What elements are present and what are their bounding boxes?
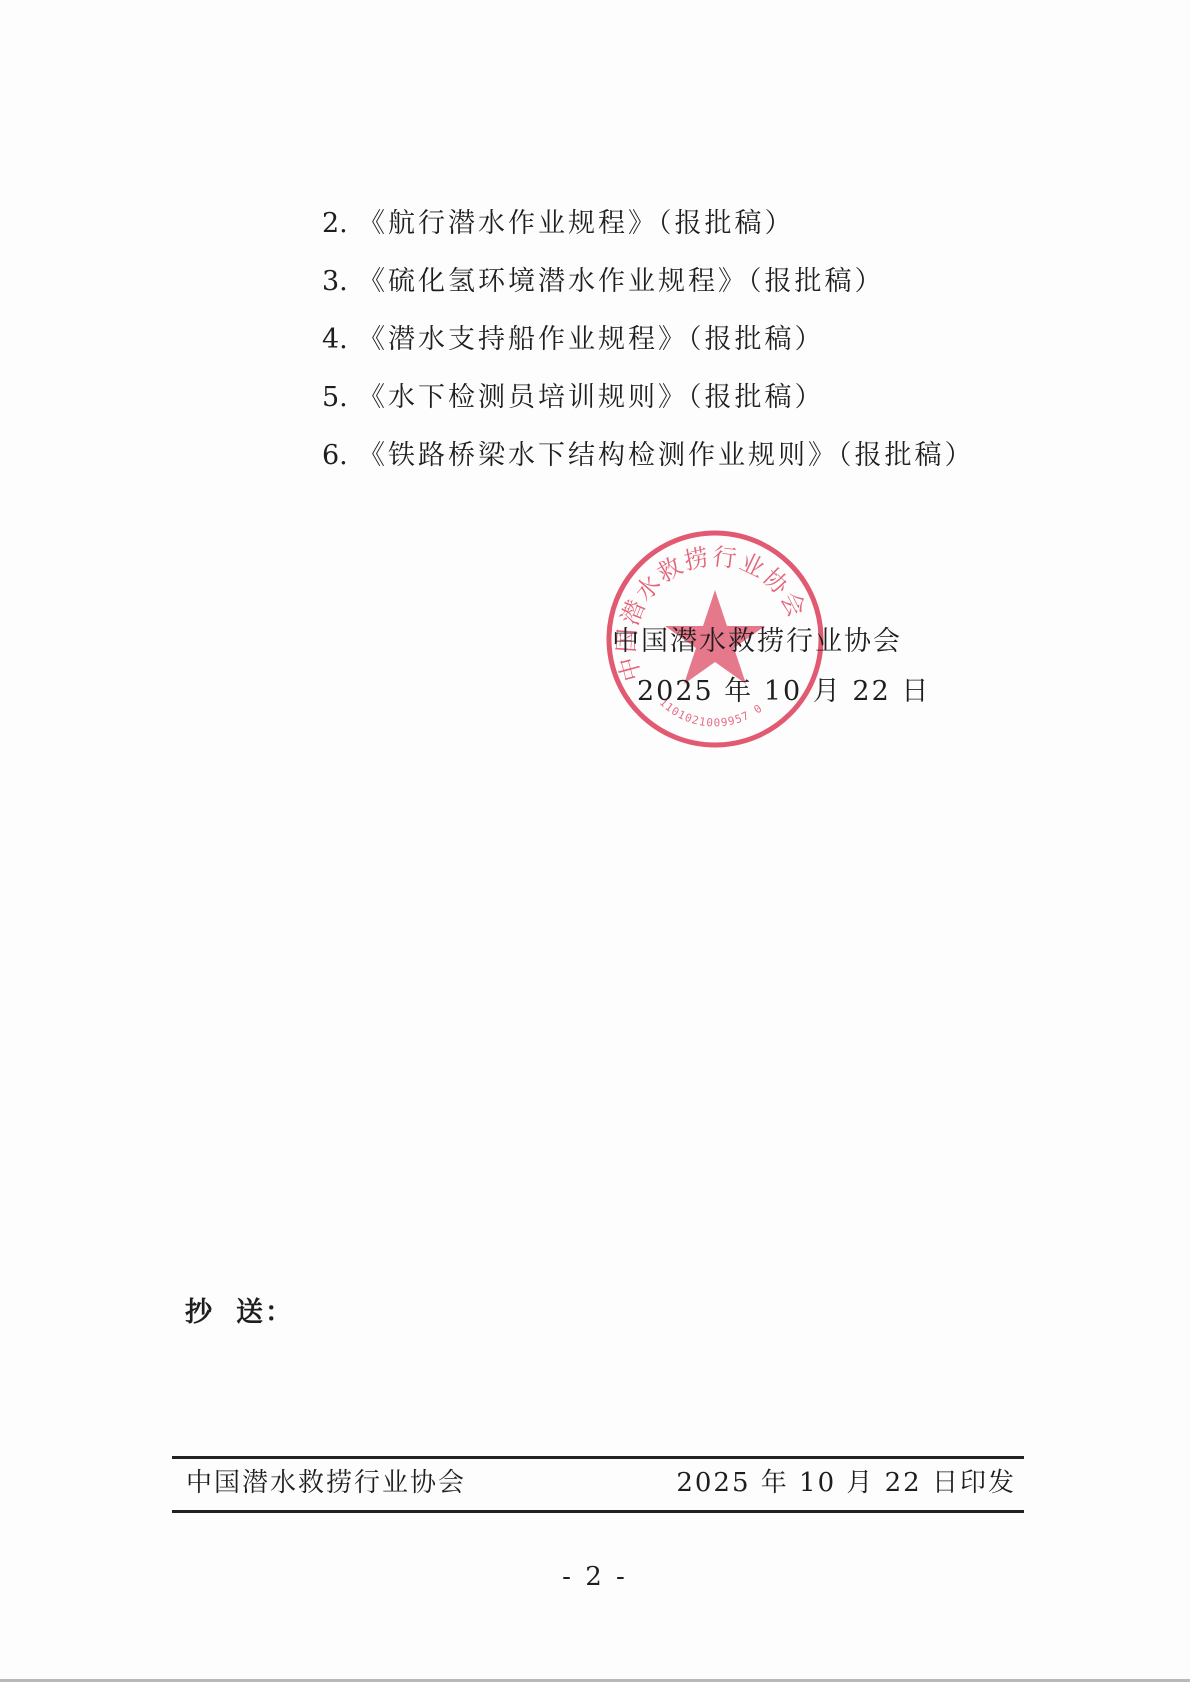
- attachment-status: （报批稿）: [688, 324, 825, 355]
- attachment-title: 《铁路桥梁水下结构检测作业规则》: [358, 440, 838, 471]
- attachment-number: 2.: [322, 205, 358, 243]
- attachment-title: 《航行潜水作业规程》: [358, 208, 658, 239]
- attachment-title: 《硫化氢环境潜水作业规程》: [358, 266, 748, 297]
- cc-label-1: 抄: [185, 1297, 214, 1328]
- attachment-status: （报批稿）: [838, 440, 975, 471]
- divider-bottom: [172, 1510, 1024, 1513]
- issue-date: 2025 年 10 月 22 日印发: [676, 1462, 1016, 1504]
- signature-organization: 中国潜水救捞行业协会: [612, 623, 930, 673]
- attachment-number: 4.: [322, 321, 358, 359]
- signature-date: 2025 年 10 月 22 日: [612, 673, 930, 711]
- attachment-number: 6.: [322, 437, 358, 475]
- issuer-organization: 中国潜水救捞行业协会: [186, 1462, 466, 1504]
- document-page: 2.《航行潜水作业规程》（报批稿） 3.《硫化氢环境潜水作业规程》（报批稿） 4…: [0, 0, 1190, 1682]
- attachment-title: 《潜水支持船作业规程》: [358, 324, 688, 355]
- attachment-item: 5.《水下检测员培训规则》（报批稿）: [322, 379, 975, 437]
- attachment-status: （报批稿）: [658, 208, 795, 239]
- attachment-item: 4.《潜水支持船作业规程》（报批稿）: [322, 321, 975, 379]
- cc-line: 抄送：: [185, 1290, 294, 1329]
- attachment-item: 3.《硫化氢环境潜水作业规程》（报批稿）: [322, 263, 975, 321]
- cc-label-2: 送：: [236, 1297, 294, 1328]
- page-number: - 2 -: [0, 1562, 1190, 1592]
- attachment-title: 《水下检测员培训规则》: [358, 382, 688, 413]
- issuer-row: 中国潜水救捞行业协会 2025 年 10 月 22 日印发: [186, 1462, 1016, 1504]
- attachment-number: 3.: [322, 263, 358, 301]
- attachment-list: 2.《航行潜水作业规程》（报批稿） 3.《硫化氢环境潜水作业规程》（报批稿） 4…: [322, 205, 975, 495]
- attachment-number: 5.: [322, 379, 358, 417]
- signature-block: 中国潜水救捞行业协会 2025 年 10 月 22 日: [612, 623, 930, 711]
- divider-top: [172, 1456, 1024, 1459]
- attachment-status: （报批稿）: [748, 266, 885, 297]
- attachment-item: 2.《航行潜水作业规程》（报批稿）: [322, 205, 975, 263]
- attachment-item: 6.《铁路桥梁水下结构检测作业规则》（报批稿）: [322, 437, 975, 495]
- attachment-status: （报批稿）: [688, 382, 825, 413]
